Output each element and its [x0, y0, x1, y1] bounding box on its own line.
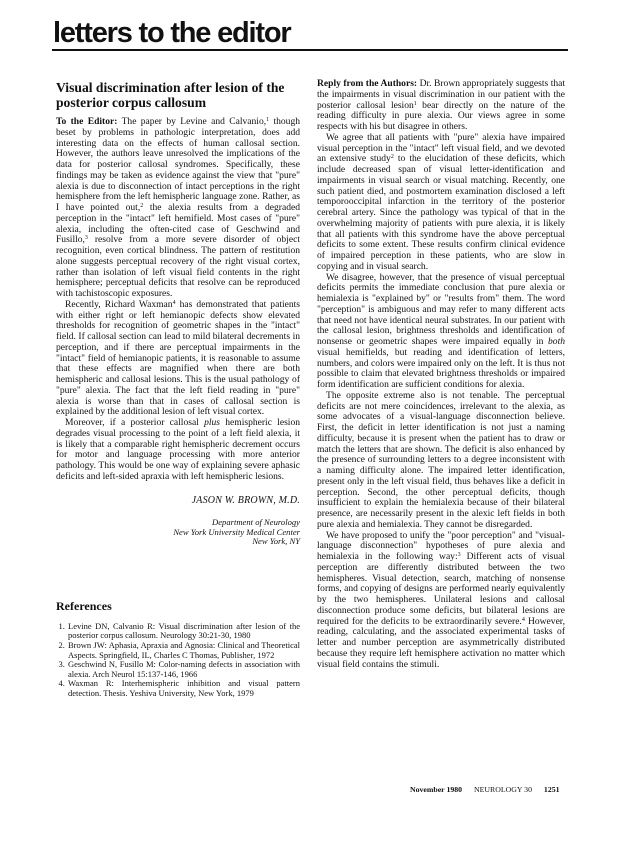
letter-paragraph-2: Recently, Richard Waxman4 has demonstrat…: [56, 300, 300, 418]
section-header: letters to the editor: [52, 14, 568, 51]
reply-paragraph-4: The opposite extreme also is not tenable…: [317, 391, 565, 531]
reply-paragraph-2: We agree that all patients with "pure" a…: [317, 133, 565, 273]
reference-item: Geschwind N, Fusillo M: Color-naming def…: [67, 660, 300, 679]
section-title: letters to the editor: [53, 19, 290, 48]
author-signature: JASON W. BROWN, M.D.: [56, 496, 300, 507]
page-footer: November 1980 NEUROLOGY 30 1251: [410, 785, 560, 794]
letter-paragraph-1: To the Editor: The paper by Levine and C…: [56, 117, 300, 300]
reply-paragraph-1: Reply from the Authors: Dr. Brown approp…: [317, 79, 565, 133]
letter-paragraph-3: Moreover, if a posterior callosal plus h…: [56, 418, 300, 483]
right-column: Reply from the Authors: Dr. Brown approp…: [317, 79, 565, 670]
reference-item: Levine DN, Calvanio R: Visual discrimina…: [67, 622, 300, 641]
footer-journal: NEUROLOGY 30: [474, 785, 532, 794]
reply-paragraph-3: We disagree, however, that the presence …: [317, 273, 565, 391]
references-heading: References: [56, 601, 300, 612]
left-column: Visual discrimination after lesion of th…: [56, 80, 300, 699]
reply-paragraph-5: We have proposed to unify the "poor perc…: [317, 531, 565, 671]
page-number: 1251: [544, 785, 560, 794]
author-affiliation: Department of Neurology New York Univers…: [56, 518, 300, 547]
letter-lead: To the Editor:: [56, 116, 117, 127]
reply-lead: Reply from the Authors:: [317, 78, 417, 89]
references-list: Levine DN, Calvanio R: Visual discrimina…: [56, 622, 300, 699]
reference-item: Waxman R: Interhemispheric inhibition an…: [67, 679, 300, 698]
letter-title: Visual discrimination after lesion of th…: [56, 80, 300, 110]
reference-item: Brown JW: Aphasia, Apraxia and Agnosia: …: [67, 641, 300, 660]
footer-date: November 1980: [410, 785, 462, 794]
